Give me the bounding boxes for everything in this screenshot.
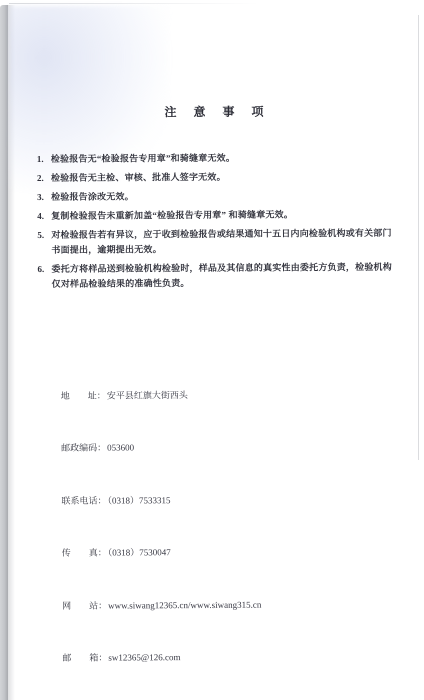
contact-value: www.siwang12365.cn/www.siwang315.cn: [108, 599, 261, 610]
notice-item-number: 4.: [37, 209, 48, 224]
page-title: 注 意 事 项: [37, 104, 399, 120]
contact-value: （0318）7533315: [107, 495, 170, 505]
notice-item: 6. 委托方将样品送到检验机构检验时，样品及其信息的真实性由委托方负责，检验机构…: [37, 260, 399, 292]
contact-label: 邮 箱：: [62, 653, 107, 663]
notice-item-number: 5.: [37, 228, 48, 243]
paper-edge-right: [418, 15, 419, 460]
notice-item-text: 检验报告无“检验报告专用章”和骑缝章无效。: [51, 150, 399, 167]
notice-item-number: 2.: [37, 171, 48, 186]
notice-item: 3. 检验报告涂改无效。: [37, 188, 399, 205]
contact-row: 邮政编码：053600: [38, 420, 400, 475]
notice-item-number: 3.: [37, 190, 48, 205]
contact-value: sw12365@126.com: [108, 652, 180, 662]
notice-item: 5. 对检验报告若有异议，应于收到检验报告或结果通知十五日内向检验机构或有关部门…: [37, 226, 399, 258]
notice-item-number: 6.: [37, 262, 48, 277]
contact-row: 网 站：www.siwang12365.cn/www.siwang315.cn: [39, 578, 401, 633]
notice-item: 1. 检验报告无“检验报告专用章”和骑缝章无效。: [37, 150, 399, 167]
contact-row: 联系电话：（0318）7533315: [39, 473, 401, 528]
contact-block: 地 址：安平县红旗大街西头 邮政编码：053600 联系电话：（0318）753…: [38, 368, 402, 685]
contact-label: 网 站：: [62, 600, 107, 610]
document-content: 注 意 事 项 1. 检验报告无“检验报告专用章”和骑缝章无效。 2. 检验报告…: [36, 0, 402, 685]
contact-label: 地 址：: [61, 390, 106, 400]
contact-value: 安平县红旗大街西头: [107, 390, 188, 400]
notice-item-text: 检验报告无主检、审核、批准人签字无效。: [51, 169, 399, 186]
notice-list: 1. 检验报告无“检验报告专用章”和骑缝章无效。 2. 检验报告无主检、审核、批…: [37, 150, 400, 292]
notice-item-text: 检验报告涂改无效。: [51, 188, 399, 205]
contact-row: 地 址：安平县红旗大街西头: [38, 368, 400, 423]
contact-value: （0318）7530047: [108, 547, 171, 557]
scanned-notice-page: 注 意 事 项 1. 检验报告无“检验报告专用章”和骑缝章无效。 2. 检验报告…: [0, 0, 424, 700]
notice-item: 2. 检验报告无主检、审核、批准人签字无效。: [37, 169, 399, 186]
notice-item: 4. 复制检验报告未重新加盖“检验报告专用章” 和骑缝章无效。: [37, 207, 399, 224]
contact-label: 联系电话：: [61, 495, 106, 505]
notice-item-text: 复制检验报告未重新加盖“检验报告专用章” 和骑缝章无效。: [51, 207, 399, 224]
contact-row: 邮 箱：sw12365@126.com: [40, 630, 402, 685]
notice-item-number: 1.: [37, 152, 48, 167]
contact-label: 传 真：: [62, 548, 107, 558]
contact-value: 053600: [107, 442, 134, 452]
contact-label: 邮政编码：: [61, 443, 106, 453]
notice-item-text: 对检验报告若有异议，应于收到检验报告或结果通知十五日内向检验机构或有关部门书面提…: [51, 226, 399, 258]
contact-row: 传 真：（0318）7530047: [39, 525, 401, 580]
notice-item-text: 委托方将样品送到检验机构检验时，样品及其信息的真实性由委托方负责，检验机构仅对样…: [51, 260, 399, 292]
scanner-edge-left: [0, 5, 8, 700]
